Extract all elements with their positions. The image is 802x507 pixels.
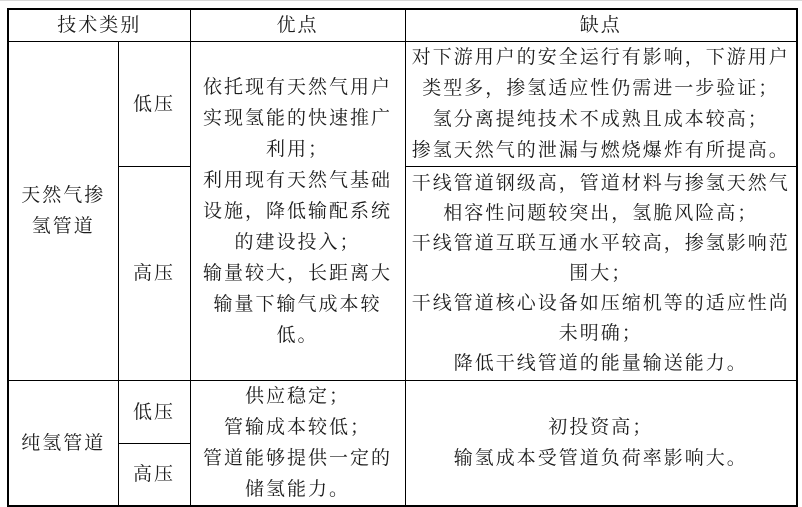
cell-cons-ng-low: 对下游用户的安全运行有影响，下游用户类型多，掺氢适应性仍需进一步验证； 氢分离提… [405, 42, 797, 167]
header-pros: 优点 [190, 9, 405, 42]
cons-clause: 干线管道互联互通水平较高，掺氢影响范围大； [412, 229, 791, 289]
cons-clause: 干线管道钢级高，管道材料与掺氢天然气相容性问题较突出，氢脆风险高； [412, 169, 791, 229]
cell-pressure-ph-high: 高压 [118, 444, 190, 506]
cons-clause: 掺氢天然气的泄漏与燃烧爆炸有所提高。 [412, 135, 791, 166]
cell-pressure-ph-low: 低压 [118, 381, 190, 444]
table-header-row: 技术类别 优点 缺点 [8, 9, 797, 42]
pros-clause: 管输成本较低； [197, 412, 399, 443]
cell-group-pure-hydrogen-pipeline: 纯氢管道 [8, 381, 118, 507]
cell-cons-ng-high: 干线管道钢级高，管道材料与掺氢天然气相容性问题较突出，氢脆风险高； 干线管道互联… [405, 167, 797, 381]
cons-clause: 降低干线管道的能量输送能力。 [412, 349, 791, 379]
cell-cons-pure-hydrogen: 初投资高； 输氢成本受管道负荷率影响大。 [405, 381, 797, 507]
cons-clause: 氢分离提纯技术不成熟且成本较高； [412, 104, 791, 135]
row-natural-gas-low: 天然气掺氢管道 低压 依托现有天然气用户实现氢能的快速推广利用； 利用现有天然气… [8, 42, 797, 167]
cell-pros-pure-hydrogen: 供应稳定； 管输成本较低； 管道能够提供一定的储氢能力。 [190, 381, 405, 507]
pros-clause: 供应稳定； [197, 381, 399, 412]
cell-pressure-ng-high: 高压 [118, 167, 190, 381]
pros-clause: 输量较大，长距离大输量下输气成本较低。 [197, 258, 399, 351]
cell-pros-natural-gas: 依托现有天然气用户实现氢能的快速推广利用； 利用现有天然气基础设施，降低输配系统… [190, 42, 405, 381]
cons-clause: 初投资高； [412, 412, 791, 443]
header-tech-category: 技术类别 [8, 9, 190, 42]
pros-clause: 依托现有天然气用户实现氢能的快速推广利用； [197, 72, 399, 165]
cell-pressure-ng-low: 低压 [118, 42, 190, 167]
header-cons: 缺点 [405, 9, 797, 42]
row-pure-hydrogen-low: 纯氢管道 低压 供应稳定； 管输成本较低； 管道能够提供一定的储氢能力。 初投资… [8, 381, 797, 444]
pros-clause: 管道能够提供一定的储氢能力。 [197, 443, 399, 505]
cons-clause: 对下游用户的安全运行有影响，下游用户类型多，掺氢适应性仍需进一步验证； [412, 42, 791, 104]
cons-clause: 干线管道核心设备如压缩机等的适应性尚未明确； [412, 289, 791, 349]
page-top-hairline [0, 0, 802, 1]
cell-group-natural-gas-hydrogen-pipeline: 天然气掺氢管道 [8, 42, 118, 381]
cons-clause: 输氢成本受管道负荷率影响大。 [412, 443, 791, 474]
pros-clause: 利用现有天然气基础设施，降低输配系统的建设投入； [197, 165, 399, 258]
pipeline-comparison-table: 技术类别 优点 缺点 天然气掺氢管道 低压 依托现有天然气用户实现氢能的快速推广… [7, 8, 798, 507]
